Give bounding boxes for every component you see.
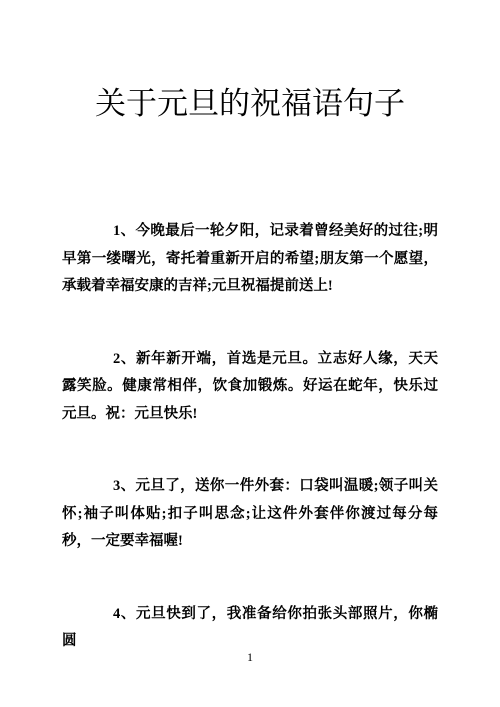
document-page: 关于元旦的祝福语句子 1、今晚最后一轮夕阳，记录着曾经美好的过往;明早第一缕曙光…: [0, 0, 500, 707]
paragraph-4: 4、元旦快到了，我准备给你拍张头部照片，你椭圆: [62, 601, 438, 656]
paragraph-2: 2、新年新开端，首选是元旦。立志好人缘，天天露笑脸。健康常相伴，饮食加锻炼。好运…: [62, 346, 438, 429]
paragraph-3: 3、元旦了，送你一件外套：口袋叫温暖;领子叫关怀;袖子叫体贴;扣子叫思念;让这件…: [62, 473, 438, 556]
page-number: 1: [0, 649, 500, 665]
document-title: 关于元旦的祝福语句子: [62, 83, 438, 125]
paragraph-1: 1、今晚最后一轮夕阳，记录着曾经美好的过往;明早第一缕曙光，寄托着重新开启的希望…: [62, 218, 438, 301]
